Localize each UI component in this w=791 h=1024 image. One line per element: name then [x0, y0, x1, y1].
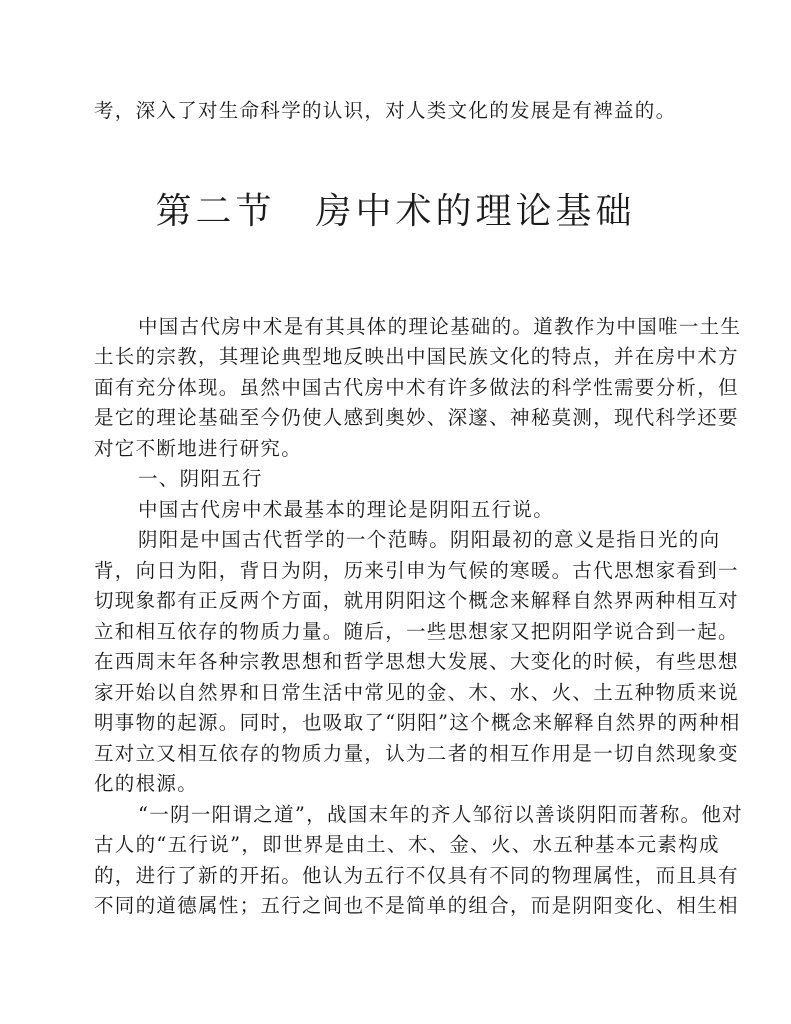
paragraph-4-line-9: 化的根源。: [94, 769, 696, 799]
subheading-yin-yang-wuxing: 一、阴阳五行: [94, 464, 696, 494]
paragraph-4-line-7: 明事物的起源。同时，也吸取了“阴阳”这个概念来解释自然界的两种相: [94, 708, 696, 738]
paragraph-1-line-5: 对它不断地进行研究。: [94, 434, 696, 464]
paragraph-4-line-5: 在西周末年各种宗教思想和哲学思想大发展、大变化的时候，有些思想: [94, 647, 696, 677]
paragraph-1-line-1: 中国古代房中术是有其具体的理论基础的。道教作为中国唯一土生: [94, 312, 696, 342]
paragraph-4-line-2: 背，向日为阳，背日为阴，历来引申为气候的寒暖。古代思想家看到一: [94, 556, 696, 586]
carryover-text-line: 考，深入了对生命科学的认识，对人类文化的发展是有裨益的。: [94, 96, 696, 126]
paragraph-5-line-2: 古人的“五行说”，即世界是由土、木、金、火、水五种基本元素构成: [94, 830, 696, 860]
paragraph-5-line-3: 的，进行了新的开拓。他认为五行不仅具有不同的物理属性，而且具有: [94, 861, 696, 891]
paragraph-4-line-8: 互对立又相互依存的物质力量，认为二者的相互作用是一切自然现象变: [94, 739, 696, 769]
document-page: 考，深入了对生命科学的认识，对人类文化的发展是有裨益的。 第二节房中术的理论基础…: [0, 0, 791, 1024]
paragraph-4-line-6: 家开始以自然界和日常生活中常见的金、木、水、火、土五种物质来说: [94, 678, 696, 708]
paragraph-5-line-4: 不同的道德属性；五行之间也不是简单的组合，而是阴阳变化、相生相: [94, 891, 696, 921]
section-title: 房中术的理论基础: [316, 191, 636, 232]
paragraph-4-line-3: 切现象都有正反两个方面，就用阴阳这个概念来解释自然界两种相互对: [94, 586, 696, 616]
paragraph-1-line-3: 面有充分体现。虽然中国古代房中术有许多做法的科学性需要分析，但: [94, 373, 696, 403]
paragraph-1-line-2: 土长的宗教，其理论典型地反映出中国民族文化的特点，并在房中术方: [94, 342, 696, 372]
paragraph-1-line-4: 是它的理论基础至今仍使人感到奥妙、深邃、神秘莫测，现代科学还要: [94, 403, 696, 433]
paragraph-3-line-1: 中国古代房中术最基本的理论是阴阳五行说。: [94, 495, 696, 525]
paragraph-4-line-4: 立和相互依存的物质力量。随后，一些思想家又把阴阳学说合到一起。: [94, 617, 696, 647]
paragraph-4-line-1: 阴阳是中国古代哲学的一个范畴。阴阳最初的意义是指日光的向: [94, 525, 696, 555]
paragraph-5-line-1: “一阴一阳谓之道”，战国末年的齐人邹衍以善谈阴阳而著称。他对: [94, 800, 696, 830]
section-heading: 第二节房中术的理论基础: [0, 190, 791, 234]
section-number: 第二节: [155, 191, 275, 232]
